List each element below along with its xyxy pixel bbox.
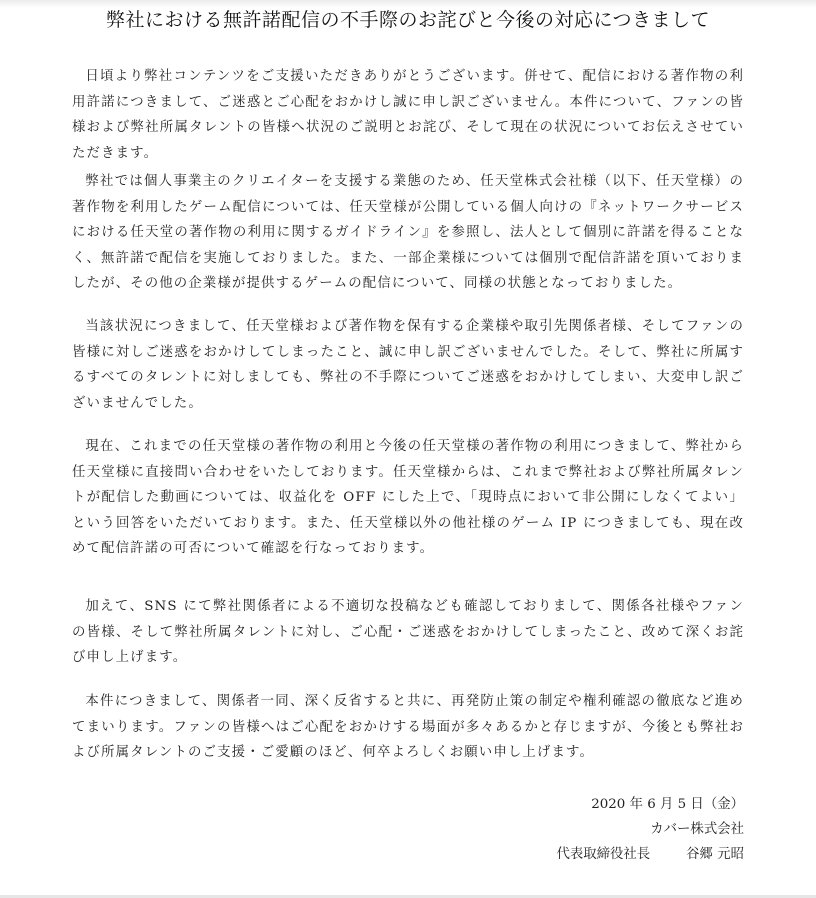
signature-company: カバー株式会社 (556, 817, 744, 842)
paragraph-sns-apology: 加えて、SNS にて弊社関係者による不適切な投稿なども確認しておりまして、関係各… (72, 594, 744, 671)
paragraph-intro: 日頃より弊社コンテンツをご支援いただきありがとうございます。併せて、配信における… (72, 64, 744, 166)
document-title: 弊社における無許諾配信の不手際のお詫びと今後の対応につきまして (0, 6, 816, 34)
paragraph-background: 弊社では個人事業主のクリエイターを支援する業態のため、任天堂株式会社様（以下、任… (72, 169, 744, 297)
signature-block: 2020 年 6 月 5 日（金） カバー株式会社 代表取締役社長谷郷 元昭 (556, 792, 744, 867)
signature-position: 代表取締役社長 (556, 847, 650, 862)
signature-representative: 代表取締役社長谷郷 元昭 (556, 842, 744, 867)
signature-date: 2020 年 6 月 5 日（金） (556, 792, 744, 817)
paragraph-apology: 当該状況につきまして、任天堂様および著作物を保有する企業様や取引先関係者様、そし… (72, 314, 744, 416)
paragraph-current-status: 現在、これまでの任天堂様の著作物の利用と今後の任天堂様の著作物の利用につきまして… (72, 434, 744, 562)
signature-name: 谷郷 元昭 (686, 847, 744, 862)
paragraph-conclusion: 本件につきまして、関係者一同、深く反省すると共に、再発防止策の制定や権利確認の徹… (72, 689, 744, 766)
